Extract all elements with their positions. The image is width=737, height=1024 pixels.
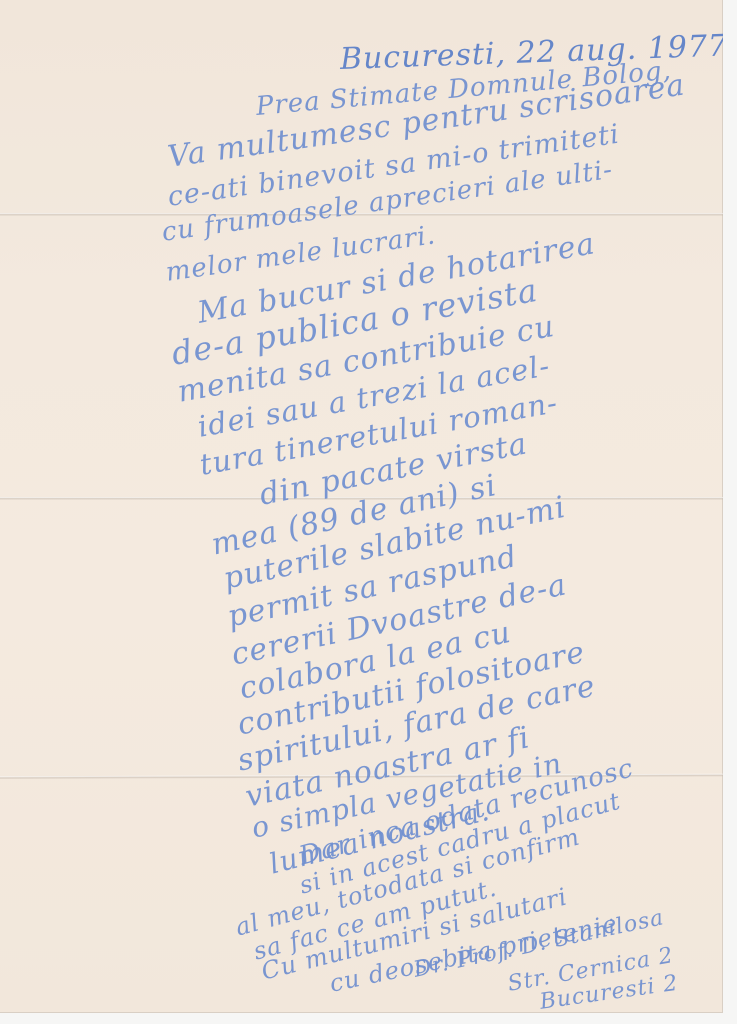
scan-margin-bottom: [0, 1013, 737, 1024]
scan-margin-right: [723, 0, 737, 1024]
letter-page: Bucuresti, 22 aug. 1977 Prea Stimate Dom…: [0, 0, 723, 1013]
